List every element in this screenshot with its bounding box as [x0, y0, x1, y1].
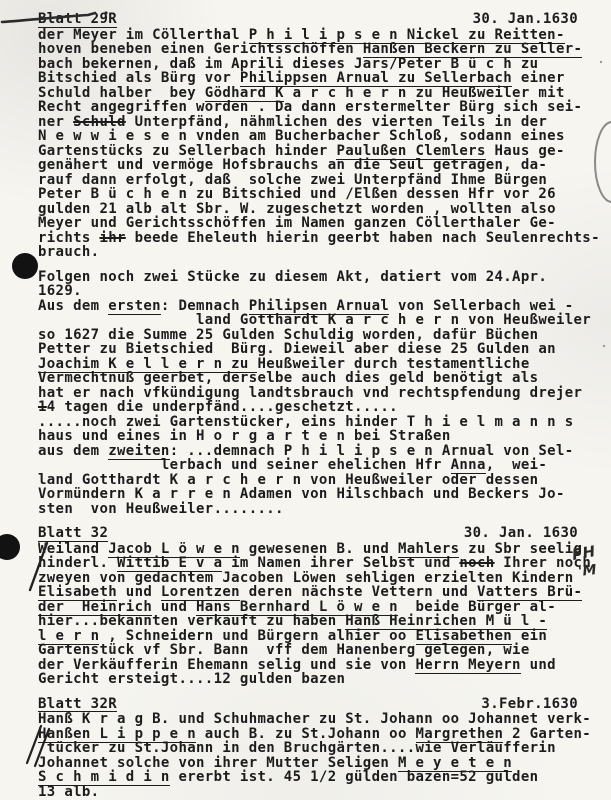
- struck-text: ihr: [99, 230, 125, 246]
- blatt-title: Blatt 32: [38, 526, 108, 542]
- text-line: lerbach und seiner ehelichen Hfr Anna, w…: [38, 458, 611, 473]
- record-header: Blatt 32R3.Febr.1630: [38, 697, 611, 713]
- document-body: Blatt 29R30. Jan.1630der Meyer im Cöller…: [38, 12, 611, 799]
- text-run: und: [521, 657, 556, 673]
- text-line: N e w w i e s e n vnden am Bucherbacher …: [38, 129, 611, 144]
- text-line: hinderl. Wittib E v a im Namen ihrer Sel…: [38, 556, 611, 571]
- text-line: Johannet solche von ihrer Mutter Seligen…: [38, 756, 611, 771]
- text-line: zweyen von gedachtem Jacoben Löwen sehli…: [38, 571, 611, 586]
- text-line: 1629.: [38, 284, 611, 299]
- text-run: ererbt ist. 45 1/2 gülden bazen=52 gulde…: [170, 769, 539, 785]
- text-line: ner Schuld Unterpfänd, nähmlichen des vi…: [38, 115, 611, 130]
- handwritten-initials: FH: [571, 544, 597, 562]
- text-line: so 1627 die Summe 25 Gulden Schuldig wor…: [38, 328, 611, 343]
- text-line: l e r n , Schneidern und Bürgern alhier …: [38, 629, 611, 644]
- text-line: Joachim K e l l e r n zu Heußweiler durc…: [38, 357, 611, 372]
- text-line: gulden 21 alb alt Sbr. W. zugeschetzt wo…: [38, 202, 611, 217]
- record-date: 3.Febr.1630: [481, 697, 578, 713]
- text-run: Folgen noch zwei Stücke zu diesem Akt, d…: [38, 269, 547, 285]
- handwritten-initials: 'M: [577, 563, 597, 579]
- text-line: Peter B ü c h e n zu Bitschied und /Elße…: [38, 187, 611, 202]
- record-date: 30. Jan. 1630: [464, 526, 578, 542]
- text-line: aus dem zweiten: ...demnach P h i l i p …: [38, 444, 611, 459]
- text-line: hoven beneben einen Gerichtsschöffen Han…: [38, 42, 611, 57]
- text-line: hier...bekannten verkauft zu haben Hanß …: [38, 614, 611, 629]
- text-line: Elisabeth und Lorentzen deren nächste Ve…: [38, 585, 611, 600]
- text-line: Meyer und Gerichtsschöffen im Namen ganz…: [38, 216, 611, 231]
- text-line: der Meyer im Cöllerthal P h i l i p s e …: [38, 28, 611, 43]
- underlined-text: Herrn Meyern: [415, 657, 520, 674]
- text-line: brauch.: [38, 245, 611, 260]
- text-line: S c h m i d i n ererbt ist. 45 1/2 gülde…: [38, 770, 611, 785]
- record-date: 30. Jan.1630: [473, 12, 578, 28]
- ink-blot-lower: [0, 534, 20, 560]
- text-line: Folgen noch zwei Stücke zu diesem Akt, d…: [38, 270, 611, 285]
- text-line: Aus dem ersten: Demnach Philipsen Arnual…: [38, 299, 611, 314]
- ink-blot-upper: [12, 253, 38, 279]
- text-line: Schuld halber bey Gödhard K a r c h e r …: [38, 86, 611, 101]
- record-section: Blatt 29R30. Jan.1630der Meyer im Cöller…: [38, 12, 611, 260]
- text-line: rauf dann erfolgt, daß solche zwei Unter…: [38, 173, 611, 188]
- text-run: brauch.: [38, 244, 99, 260]
- text-line: Vermechtnuß geerbet, derselbe auch dies …: [38, 371, 611, 386]
- text-line: Gericht ersteigt....12 gulden bazen: [38, 672, 611, 687]
- record-section: Blatt 32R3.Febr.1630Hanß K r a g B. und …: [38, 697, 611, 800]
- text-line: hat er nach vfkündigung landtsbrauch vnd…: [38, 386, 611, 401]
- blatt-title: Blatt 32R: [38, 697, 117, 713]
- text-line: Weiland Jacob L ö w e n gewesenen B. und…: [38, 542, 611, 557]
- text-line: der Heinrich und Hans Bernhard L ö w e n…: [38, 600, 611, 615]
- text-run: beede Eheleuth hierin geerbt haben nach …: [126, 230, 600, 246]
- blatt-title: Blatt 29R: [38, 12, 117, 28]
- text-line: richts ihr beede Eheleuth hierin geerbt …: [38, 231, 611, 246]
- text-line: .....noch zwei Gartenstücker, eins hinde…: [38, 415, 611, 430]
- text-line: Petter zu Bietschied Bürg. Dieweil aber …: [38, 342, 611, 357]
- text-line: haus und eines in H o r g a r t e n bei …: [38, 429, 611, 444]
- text-line: Bitschied als Bürg vor Philippsen Arnual…: [38, 71, 611, 86]
- text-run: 13 alb.: [38, 784, 99, 800]
- text-line: bach bekernen, daß im Aprili dieses Jars…: [38, 57, 611, 72]
- text-line: Recht angegriffen worden . Da dann erste…: [38, 100, 611, 115]
- text-run: Gericht ersteigt....12 gulden bazen: [38, 671, 345, 687]
- text-run: sten von Heußweiler........: [38, 501, 284, 517]
- text-line: land Gotthardt K a r c h e r n von Heußw…: [38, 313, 611, 328]
- text-line: genähert und vermöge Hofsbrauchs an die …: [38, 158, 611, 173]
- text-line: sten von Heußweiler........: [38, 502, 611, 517]
- text-line: Hanß K r a g B. und Schuhmacher zu St. J…: [38, 712, 611, 727]
- text-line: Gartenstück vf Sbr. Bann vff dem Hanenbe…: [38, 643, 611, 658]
- record-section: Blatt 3230. Jan. 1630Weiland Jacob L ö w…: [38, 526, 611, 687]
- scanned-page: Blatt 29R30. Jan.1630der Meyer im Cöller…: [0, 0, 611, 800]
- text-line: 14 tagen die underpfänd....geschetzt....…: [38, 400, 611, 415]
- text-line: tücker zu St.Johann in den Bruchgärten..…: [38, 741, 611, 756]
- text-line: Gartenstücks zu Sellerbach hinder Pauluß…: [38, 144, 611, 159]
- text-line: der Verkäufferin Ehemann selig und sie v…: [38, 658, 611, 673]
- record-section: Folgen noch zwei Stücke zu diesem Akt, d…: [38, 270, 611, 517]
- text-line: Vormündern K a r r e n Adamen von Hilsch…: [38, 487, 611, 502]
- record-header: Blatt 3230. Jan. 1630: [38, 526, 611, 542]
- record-header: Blatt 29R30. Jan.1630: [38, 12, 611, 28]
- text-line: land Gotthardt K a r c h e r n von Heußw…: [38, 473, 611, 488]
- text-line: 13 alb.: [38, 785, 611, 800]
- text-line: Hanßen L i p p e n auch B. zu St.Johann …: [38, 727, 611, 742]
